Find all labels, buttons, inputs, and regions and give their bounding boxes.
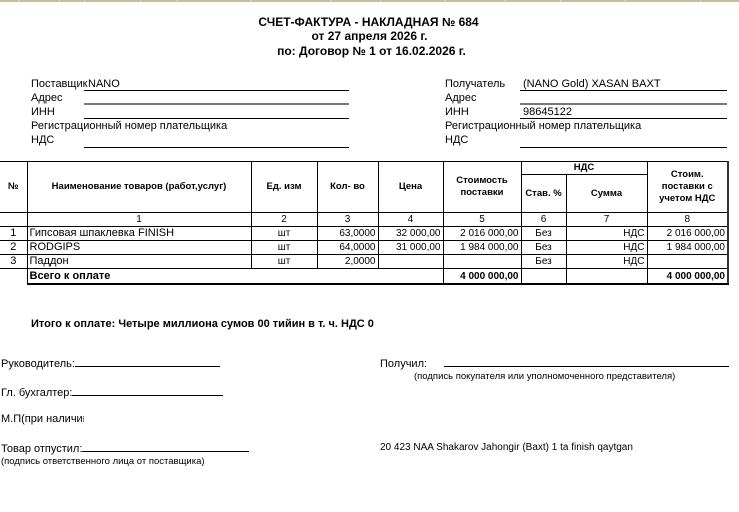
colnum-blank bbox=[0, 213, 27, 227]
row-name: Паддон bbox=[27, 255, 251, 269]
header-vat-rate: Став. % bbox=[521, 175, 566, 213]
total-row-total: 4 000 000,00 bbox=[647, 269, 728, 285]
recipient-reg-label: Регистрационный номер плательщика bbox=[445, 119, 641, 133]
supplier-label: Поставщик bbox=[31, 77, 87, 91]
row-qty: 63,0000 bbox=[317, 227, 378, 241]
released-caption: (подпись ответственного лица от поставщи… bbox=[1, 456, 205, 467]
received-caption: (подпись покупателя или уполномоченного … bbox=[414, 371, 675, 382]
header-name: Наименование товаров (работ,услуг) bbox=[27, 162, 251, 213]
supplier-value: NANO bbox=[88, 77, 120, 91]
header-vat-sum: Сумма bbox=[566, 175, 647, 213]
header-vat-group: НДС bbox=[521, 162, 647, 175]
note-text: 20 423 NAA Shakarov Jahongir (Baxt) 1 ta… bbox=[380, 442, 633, 453]
total-row-no bbox=[0, 269, 27, 285]
accountant-label: Гл. бухгалтер: bbox=[1, 387, 72, 399]
total-row-label: Всего к оплате bbox=[27, 269, 443, 285]
row-unit: шт bbox=[251, 227, 317, 241]
accountant-signature-line bbox=[72, 385, 223, 396]
row-no: 3 bbox=[0, 255, 27, 269]
row-qty: 2,0000 bbox=[317, 255, 378, 269]
row-unit: шт bbox=[251, 255, 317, 269]
recipient-value: (NANO Gold) XASAN BAXT bbox=[523, 77, 661, 91]
top-toolbar-strip bbox=[0, 0, 739, 2]
row-vat-rate: Без bbox=[521, 241, 566, 255]
row-total: 1 984 000,00 bbox=[647, 241, 728, 255]
recipient-vat-label: НДС bbox=[445, 133, 468, 147]
header-price: Цена bbox=[378, 162, 443, 213]
header-unit: Ед. изм bbox=[251, 162, 317, 213]
stamp-label: М.П(при наличии bbox=[1, 412, 84, 426]
received-signature: Получил: bbox=[380, 356, 729, 371]
header-cost: Стоимость поставки bbox=[443, 162, 521, 213]
director-signature: Руководитель: bbox=[1, 356, 220, 371]
recipient-underline bbox=[520, 90, 727, 91]
supplier-address-underline bbox=[84, 103, 349, 105]
row-vat-sum: НДС bbox=[566, 241, 647, 255]
colnum-5: 5 bbox=[443, 213, 521, 227]
director-label: Руководитель: bbox=[1, 358, 75, 370]
row-unit: шт bbox=[251, 241, 317, 255]
row-cost: 2 016 000,00 bbox=[443, 227, 521, 241]
recipient-inn-value: 98645122 bbox=[523, 105, 572, 119]
header-total-with-vat: Стоим. поставки с учетом НДС bbox=[647, 162, 728, 213]
colnum-1: 1 bbox=[27, 213, 251, 227]
colnum-2: 2 bbox=[251, 213, 317, 227]
colnum-7: 7 bbox=[566, 213, 647, 227]
row-qty: 64,0000 bbox=[317, 241, 378, 255]
row-price: 31 000,00 bbox=[378, 241, 443, 255]
total-in-words: Итого к оплате: Четыре миллиона сумов 00… bbox=[31, 318, 374, 330]
colnum-8: 8 bbox=[647, 213, 728, 227]
released-label: Товар отпустил: bbox=[1, 443, 82, 455]
row-vat-sum: НДС bbox=[566, 255, 647, 269]
recipient-address-label: Адрес bbox=[445, 91, 477, 105]
invoice-table: № Наименование товаров (работ,услуг) Ед.… bbox=[0, 161, 729, 285]
row-price: 32 000,00 bbox=[378, 227, 443, 241]
supplier-block: Поставщик NANO Адрес ИНН Регистрационный… bbox=[31, 77, 321, 152]
supplier-vat-underline bbox=[84, 147, 349, 148]
colnum-3: 3 bbox=[317, 213, 378, 227]
supplier-vat-label: НДС bbox=[31, 133, 54, 147]
header-qty: Кол- во bbox=[317, 162, 378, 213]
released-signature-line bbox=[82, 441, 249, 452]
received-signature-line bbox=[444, 356, 729, 367]
header-no: № bbox=[0, 162, 27, 213]
colnum-4: 4 bbox=[378, 213, 443, 227]
invoice-date: от 27 апреля 2026 г. bbox=[0, 29, 739, 43]
total-row: Всего к оплате 4 000 000,00 4 000 000,00 bbox=[0, 269, 728, 285]
table-row: 1 Гипсовая шпаклевка FINISH шт 63,0000 3… bbox=[0, 227, 728, 241]
row-no: 1 bbox=[0, 227, 27, 241]
row-cost bbox=[443, 255, 521, 269]
row-cost: 1 984 000,00 bbox=[443, 241, 521, 255]
supplier-underline bbox=[84, 90, 349, 91]
row-vat-sum: НДС bbox=[566, 227, 647, 241]
invoice-contract: по: Договор № 1 от 16.02.2026 г. bbox=[2, 44, 739, 58]
colnum-6: 6 bbox=[521, 213, 566, 227]
recipient-vat-underline bbox=[520, 147, 727, 148]
total-row-vat-sum bbox=[566, 269, 647, 285]
table-row: 2 RODGIPS шт 64,0000 31 000,00 1 984 000… bbox=[0, 241, 728, 255]
received-label: Получил: bbox=[380, 358, 427, 370]
table-row: 3 Паддон шт 2,0000 Без НДС bbox=[0, 255, 728, 269]
row-name: RODGIPS bbox=[27, 241, 251, 255]
row-name: Гипсовая шпаклевка FINISH bbox=[27, 227, 251, 241]
row-total: 2 016 000,00 bbox=[647, 227, 728, 241]
row-vat-rate: Без bbox=[521, 255, 566, 269]
released-signature: Товар отпустил: bbox=[1, 441, 249, 456]
supplier-reg-label: Регистрационный номер плательщика bbox=[31, 119, 227, 133]
supplier-address-label: Адрес bbox=[31, 91, 63, 105]
recipient-block: Получатель (NANO Gold) XASAN BAXT Адрес … bbox=[445, 77, 735, 152]
invoice-title: СЧЕТ-ФАКТУРА - НАКЛАДНАЯ № 684 bbox=[0, 15, 738, 29]
recipient-label: Получатель bbox=[445, 77, 505, 91]
row-vat-rate: Без bbox=[521, 227, 566, 241]
row-price bbox=[378, 255, 443, 269]
supplier-inn-label: ИНН bbox=[31, 105, 55, 119]
total-row-cost: 4 000 000,00 bbox=[443, 269, 521, 285]
director-signature-line bbox=[75, 356, 220, 367]
recipient-inn-label: ИНН bbox=[445, 105, 469, 119]
row-no: 2 bbox=[0, 241, 27, 255]
total-row-vat-rate bbox=[521, 269, 566, 285]
accountant-signature: Гл. бухгалтер: bbox=[1, 385, 223, 400]
row-total bbox=[647, 255, 728, 269]
